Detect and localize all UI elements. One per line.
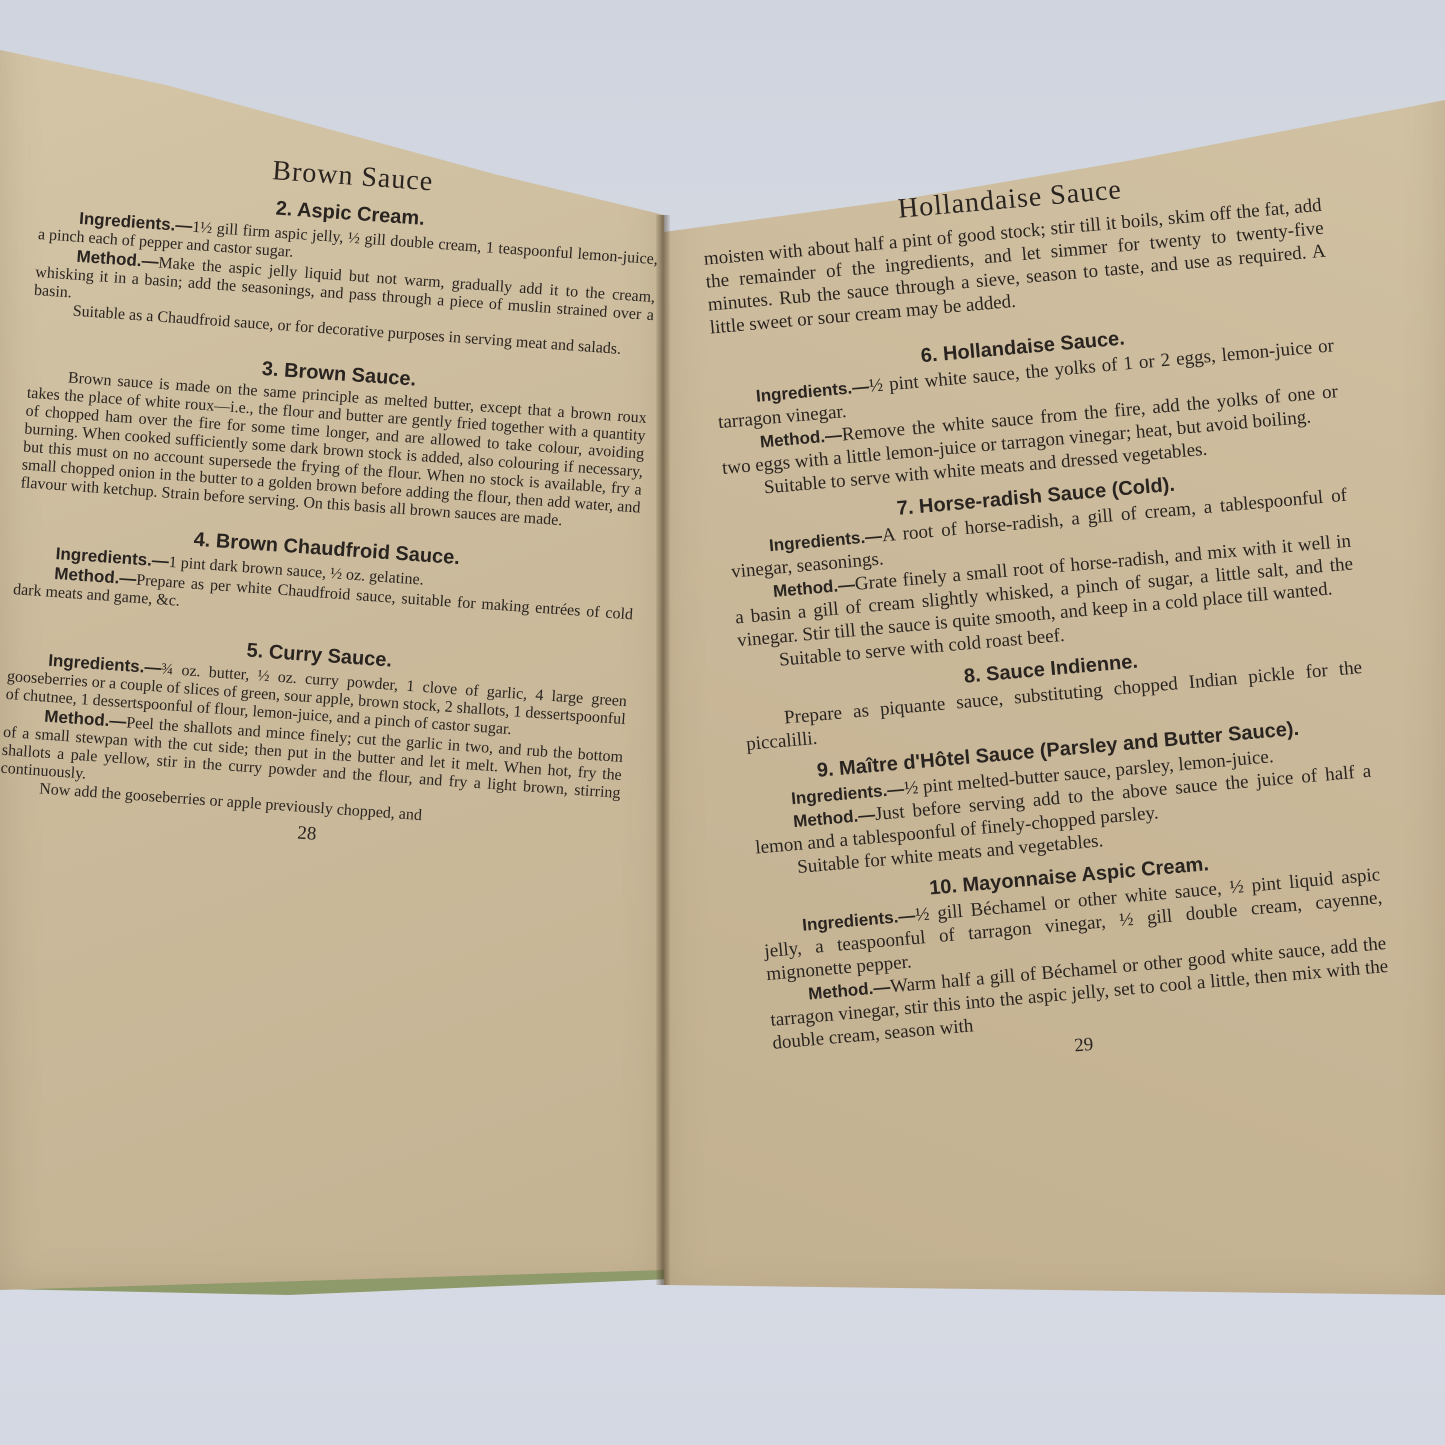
book-gutter <box>656 215 670 1285</box>
right-page-text: Hollandaise Sauce moisten with about hal… <box>700 161 1394 1084</box>
left-page-text: Brown Sauce 2. Aspic Cream. Ingredients.… <box>0 139 663 867</box>
